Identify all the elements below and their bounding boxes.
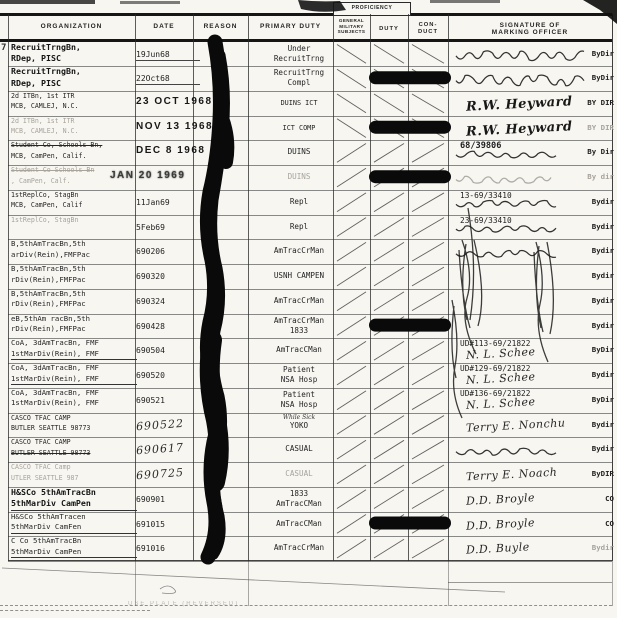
primary-duty-cell: RecruitTrngCompl bbox=[258, 68, 340, 88]
col-header-reason: REASON bbox=[193, 23, 248, 30]
primary-duty-line: AmTracCMan bbox=[258, 345, 340, 355]
organization-line: MCB, CAMLEJ, N.C. bbox=[11, 101, 137, 112]
primary-duty-cell: USNH CAMPEN bbox=[258, 271, 340, 281]
reference-number: 13-69/33410 bbox=[460, 191, 512, 200]
by-direction-label: Bydir bbox=[592, 444, 614, 453]
organization-line: 5thMarDiv CamPen bbox=[11, 547, 137, 559]
organization-line: RDep, PISC bbox=[11, 53, 137, 65]
signature-cell: 13-69/33410Bydir bbox=[458, 190, 617, 215]
date-cell: 691016 bbox=[136, 544, 200, 553]
col-header-general-military: GENERAL MILITARY SUBJECTS bbox=[333, 18, 370, 35]
primary-duty-cell: Repl bbox=[258, 222, 340, 232]
primary-duty-line: AmTracCMan bbox=[258, 499, 340, 509]
date-cell: 690725 bbox=[136, 465, 201, 482]
organization-line: B,5thAmTracBn,5th bbox=[11, 239, 137, 250]
table-row: 2d ITBn, 1st ITRMCB, CAMLEJ, N.C.23 OCT … bbox=[8, 91, 612, 117]
organization-line: B,5thAmTracBn,5th bbox=[11, 289, 137, 300]
organization-line: CoA, 3dAmTracBn, FMF bbox=[11, 363, 137, 374]
marking-officer-signature: D.D. Buyle bbox=[466, 541, 530, 557]
proficiency-box: PROFICIENCY bbox=[333, 2, 411, 16]
col-header-duty: DUTY bbox=[370, 26, 408, 33]
signature-cell: UD#136-69/21822N. L. ScheeByDir bbox=[458, 388, 617, 413]
table-top-border bbox=[0, 13, 612, 16]
organization-line: RDep, PISC bbox=[11, 78, 137, 90]
date-cell: 19Jun68 bbox=[136, 50, 200, 61]
marking-officer-signature: Terry E. Noach bbox=[466, 466, 558, 484]
signature-cell: 68/39806By Dir bbox=[458, 140, 617, 165]
primary-duty-line: Repl bbox=[258, 197, 340, 207]
organization-line: CoA, 3dAmTracBn, FMF bbox=[11, 338, 137, 349]
organization-line: CASCO TFAC Camp bbox=[11, 462, 137, 473]
date-cell: 690901 bbox=[136, 495, 200, 504]
primary-duty-cell: AmTracCMan bbox=[258, 345, 340, 355]
primary-duty-cell: AmTracCrMan bbox=[258, 543, 340, 553]
organization-cell: CASCO TFAC CAMPBUTLER SEATTLE 98773 bbox=[11, 437, 137, 458]
organization-line: CASCO TFAC CAMP bbox=[11, 413, 137, 424]
date-cell: 23 OCT 1968 bbox=[136, 96, 200, 108]
organization-line: 5thMarDiv CamPen bbox=[11, 498, 137, 511]
organization-line: rDiv(Rein),FMFPac bbox=[11, 275, 137, 286]
reference-number: 68/39806 bbox=[460, 141, 501, 151]
organization-line: 1stReplCo, StagBn bbox=[11, 190, 137, 201]
stray-line bbox=[2, 568, 505, 592]
signature-cell: R.W. HeywardBY DIR bbox=[458, 91, 617, 116]
date-cell: 11Jan69 bbox=[136, 198, 200, 207]
organization-line: MCB, CamPen, Calif bbox=[11, 200, 137, 211]
organization-line: CASCO TFAC CAMP bbox=[11, 437, 137, 448]
organization-cell: RecruitTrngBn,RDep, PISC bbox=[11, 42, 137, 65]
footer-plate-note: USE PLATE (REVERSED) bbox=[128, 601, 239, 607]
table-row: 1stReplCo, StagBnMCB, CamPen, Calif11Jan… bbox=[8, 190, 612, 216]
organization-line: 5thMarDiv CamFen bbox=[11, 522, 137, 534]
primary-duty-line: RecruitTrng bbox=[258, 68, 340, 78]
organization-line: 1stMarDiv(Rein), FMF bbox=[11, 349, 137, 361]
primary-duty-line: AmTracCrMan bbox=[258, 543, 340, 553]
by-direction-label: ByDir bbox=[592, 345, 614, 354]
signature-cell: Bydir bbox=[458, 437, 617, 462]
marking-officer-signature: N. L. Schee bbox=[466, 395, 536, 412]
table-row: H&SCo 5thAmTracen5thMarDiv CamFen691015A… bbox=[8, 512, 612, 538]
organization-line: BUTLER SEATTLE 98773 bbox=[11, 423, 137, 434]
signature-cell: 23-69/33410Bydir bbox=[458, 215, 617, 240]
primary-duty-cell: AmTracCrMan bbox=[258, 246, 340, 256]
date-cell: JAN 20 1969 bbox=[110, 170, 174, 182]
primary-duty-cell: DUINS ICT bbox=[258, 98, 340, 108]
primary-duty-line: Under bbox=[258, 44, 340, 54]
organization-cell: H&SCo 5thAmTracen5thMarDiv CamFen bbox=[11, 512, 137, 534]
primary-duty-line: CASUAL bbox=[258, 444, 340, 454]
by-direction-label: By Dir bbox=[587, 147, 614, 156]
primary-duty-line: USNH CAMPEN bbox=[258, 271, 340, 281]
organization-line: C Co 5thAmTracBn bbox=[11, 536, 137, 547]
signature-cell: ByDir bbox=[458, 42, 617, 67]
table-row: eB,5thAm racBn,5thrDiv(Rein),FMFPac69042… bbox=[8, 314, 612, 340]
table-row: CoA, 3dAmTracBn, FMF1stMarDiv(Rein), FMF… bbox=[8, 388, 612, 414]
primary-duty-line: YOKO bbox=[258, 421, 340, 431]
date-cell: NOV 13 1968 bbox=[136, 120, 200, 132]
marking-officer-signature: Terry E. Nonchu bbox=[466, 416, 566, 434]
primary-duty-cell: AmTracCMan bbox=[258, 519, 340, 529]
marking-officer-signature: R.W. Heyward bbox=[466, 119, 573, 140]
primary-duty-cell: Repl bbox=[258, 197, 340, 207]
date-cell: 690320 bbox=[136, 272, 200, 281]
table-row: RecruitTrngBn,RDep, PISC19Jun68UnderRecr… bbox=[8, 42, 612, 68]
by-direction-label: Bydir bbox=[592, 197, 614, 206]
by-direction-label: Bydir bbox=[592, 246, 614, 255]
primary-duty-cell: PatientNSA Hosp bbox=[258, 365, 340, 385]
table-row: CoA, 3dAmTracBn, FMF1stMarDiv(Rein), FMF… bbox=[8, 363, 612, 389]
primary-duty-line: Compl bbox=[258, 78, 340, 88]
primary-duty-cell: DUINS bbox=[258, 172, 340, 182]
date-cell: 690504 bbox=[136, 346, 200, 355]
date-cell: 690522 bbox=[136, 415, 201, 432]
primary-duty-line: AmTracCrMan bbox=[258, 296, 340, 306]
table-row: RecruitTrngBn,RDep, PISC22Oct68RecruitTr… bbox=[8, 66, 612, 92]
organization-line: 2d ITBn, 1st ITR bbox=[11, 116, 137, 127]
date-cell: 690324 bbox=[136, 297, 200, 306]
signature-cell: Bydir bbox=[458, 289, 617, 314]
primary-duty-line: CASUAL bbox=[258, 469, 340, 479]
primary-duty-line: 1833 bbox=[258, 326, 340, 336]
by-direction-label: CO bbox=[605, 494, 614, 503]
table-row: 1stReplCo, StagBn5Feb69Repl23-69/33410By… bbox=[8, 215, 612, 241]
by-direction-label: Bydir bbox=[592, 222, 614, 231]
page-edge-mark: 7 bbox=[1, 43, 6, 53]
table-row: B,5thAmTracBn,5tharDiv(Rein),FMFPac69020… bbox=[8, 239, 612, 265]
organization-line: 1stMarDiv(Rein), FMF bbox=[11, 398, 137, 409]
by-direction-label: Bydir bbox=[592, 370, 614, 379]
footer-dashed-line bbox=[0, 610, 150, 611]
blank-row-line bbox=[448, 582, 612, 583]
organization-line: Student Co, Schools Bn, bbox=[11, 140, 137, 151]
organization-cell: 2d ITBn, 1st ITRMCB, CAMLEJ, N.C. bbox=[11, 116, 137, 137]
organization-line: 1stReplCo, StagBn bbox=[11, 215, 137, 226]
primary-duty-line: 1833 bbox=[258, 489, 340, 499]
by-direction-label: Bydir bbox=[592, 271, 614, 280]
organization-cell: B,5thAmTracBn,5tharDiv(Rein),FMFPac bbox=[11, 239, 137, 260]
date-cell: 690617 bbox=[136, 440, 201, 457]
date-cell: 691015 bbox=[136, 520, 200, 529]
organization-cell: Student Co, Schools Bn,MCB, CamPen, Cali… bbox=[11, 140, 137, 161]
signature-cell: Bydir bbox=[458, 239, 617, 264]
by-direction-label: ByDir bbox=[592, 49, 614, 58]
organization-line: eB,5thAm racBn,5th bbox=[11, 314, 137, 325]
primary-duty-cell: CASUAL bbox=[258, 469, 340, 479]
table-row: Student Co, Schools Bn,MCB, CamPen, Cali… bbox=[8, 140, 612, 166]
col-line-ext bbox=[135, 561, 136, 606]
signature-cell: Bydir bbox=[458, 264, 617, 289]
marking-officer-signature: D.D. Broyle bbox=[466, 516, 536, 533]
signature-cell: By dir bbox=[458, 165, 617, 190]
organization-cell: B,5thAmTracBn,5thrDiv(Rein),FMFPac bbox=[11, 264, 137, 285]
primary-duty-line: Patient bbox=[258, 390, 340, 400]
organization-line: UTLER SEATTLE 987 bbox=[11, 473, 137, 484]
marking-officer-signature: D.D. Broyle bbox=[466, 491, 536, 508]
col-line-ext bbox=[448, 561, 449, 606]
by-direction-label: By dir bbox=[587, 172, 614, 181]
organization-line: BUTLER SEATTLE 98773 bbox=[11, 448, 137, 459]
by-direction-label: ByDIR bbox=[592, 469, 614, 478]
organization-line: H&SCo 5thAmTracen bbox=[11, 512, 137, 523]
organization-line: rDiv(Rein),FMFPac bbox=[11, 324, 137, 335]
primary-duty-line: AmTracCMan bbox=[258, 519, 340, 529]
table-row: CASCO TFAC CAMPBUTLER SEATTLE 9877369061… bbox=[8, 437, 612, 463]
organization-line: B,5thAmTracBn,5th bbox=[11, 264, 137, 275]
primary-duty-line: Patient bbox=[258, 365, 340, 375]
table-row: 2d ITBn, 1st ITRMCB, CAMLEJ, N.C.NOV 13 … bbox=[8, 116, 612, 142]
scanned-service-record-page: ORGANIZATION DATE REASON PRIMARY DUTY PR… bbox=[0, 0, 617, 618]
organization-line: 1stMarDiv(Rein), FMF bbox=[11, 374, 137, 386]
by-direction-label: ByDir bbox=[592, 73, 614, 82]
primary-duty-line: Repl bbox=[258, 222, 340, 232]
stray-loop bbox=[160, 586, 176, 594]
by-direction-label: Bydir bbox=[592, 543, 614, 552]
primary-duty-cell: AmTracCrMan bbox=[258, 296, 340, 306]
organization-line: rDiv(Rein),FMFPac bbox=[11, 299, 137, 310]
signature-cell: Bydir bbox=[458, 314, 617, 339]
organization-cell: CASCO TFAC CampUTLER SEATTLE 987 bbox=[11, 462, 137, 483]
primary-duty-line: NSA Hosp bbox=[258, 375, 340, 385]
signature-cell: Terry E. NonchuBydir bbox=[458, 413, 617, 438]
date-cell: 690428 bbox=[136, 322, 200, 331]
organization-cell: B,5thAmTracBn,5thrDiv(Rein),FMFPac bbox=[11, 289, 137, 310]
organization-line: MCB, CAMLEJ, N.C. bbox=[11, 126, 137, 137]
signature-cell: UD#113-69/21822N. L. ScheeByDir bbox=[458, 338, 617, 363]
organization-line: H&SCo 5thAmTracBn bbox=[11, 487, 137, 499]
by-direction-label: ByDir bbox=[592, 395, 614, 404]
primary-duty-cell: AmTracCrMan1833 bbox=[258, 316, 340, 336]
marking-officer-signature: N. L. Schee bbox=[466, 370, 536, 387]
organization-line: MCB, CamPen, Calif. bbox=[11, 151, 137, 162]
organization-cell: CoA, 3dAmTracBn, FMF1stMarDiv(Rein), FMF bbox=[11, 338, 137, 360]
scan-artifacts bbox=[0, 0, 617, 24]
date-cell: 5Feb69 bbox=[136, 223, 200, 232]
by-direction-label: Bydir bbox=[592, 296, 614, 305]
marking-officer-signature: R.W. Heyward bbox=[466, 94, 573, 115]
primary-duty-cell: CASUAL bbox=[258, 444, 340, 454]
organization-cell: C Co 5thAmTracBn5thMarDiv CamPen bbox=[11, 536, 137, 558]
organization-cell: eB,5thAm racBn,5thrDiv(Rein),FMFPac bbox=[11, 314, 137, 335]
primary-duty-cell: PatientNSA Hosp bbox=[258, 390, 340, 410]
date-cell: 690521 bbox=[136, 396, 200, 405]
signature-cell: ByDir bbox=[458, 66, 617, 91]
primary-duty-cell: UnderRecruitTrng bbox=[258, 44, 340, 64]
signature-cell: D.D. BroyleCO bbox=[458, 487, 617, 512]
table-row: C Co 5thAmTracBn5thMarDiv CamPen691016Am… bbox=[8, 536, 612, 562]
date-cell: 690520 bbox=[136, 371, 200, 380]
col-line-ext bbox=[612, 561, 613, 606]
signature-cell: Terry E. NoachByDIR bbox=[458, 462, 617, 487]
organization-cell: CoA, 3dAmTracBn, FMF1stMarDiv(Rein), FMF bbox=[11, 388, 137, 409]
organization-cell: H&SCo 5thAmTracBn5thMarDiv CamPen bbox=[11, 487, 137, 511]
col-header-conduct: CON- DUCT bbox=[408, 22, 448, 35]
by-direction-label: CO bbox=[605, 519, 614, 528]
primary-duty-line: AmTracCrMan bbox=[258, 316, 340, 326]
date-cell: 22Oct68 bbox=[136, 74, 200, 85]
organization-cell: CoA, 3dAmTracBn, FMF1stMarDiv(Rein), FMF bbox=[11, 363, 137, 385]
table-row: CASCO TFAC CampUTLER SEATTLE 987690725CA… bbox=[8, 462, 612, 488]
col-line-ext bbox=[248, 561, 249, 606]
marking-officer-signature: N. L. Schee bbox=[466, 346, 536, 363]
table-row: B,5thAmTracBn,5thrDiv(Rein),FMFPac690324… bbox=[8, 289, 612, 315]
date-cell: 690206 bbox=[136, 247, 200, 256]
primary-duty-line: DUINS ICT bbox=[258, 98, 340, 108]
primary-duty-line: NSA Hosp bbox=[258, 400, 340, 410]
primary-duty-line: RecruitTrng bbox=[258, 54, 340, 64]
col-header-organization: ORGANIZATION bbox=[8, 23, 135, 30]
primary-duty-line: DUINS bbox=[258, 147, 340, 157]
organization-cell: 1stReplCo, StagBn bbox=[11, 215, 137, 226]
primary-duty-line: AmTracCrMan bbox=[258, 246, 340, 256]
by-direction-label: BY DIR bbox=[587, 98, 614, 107]
organization-line: RecruitTrngBn, bbox=[11, 66, 137, 78]
signature-cell: D.D. BroyleCO bbox=[458, 512, 617, 537]
organization-cell: RecruitTrngBn,RDep, PISC bbox=[11, 66, 137, 89]
organization-cell: 1stReplCo, StagBnMCB, CamPen, Calif bbox=[11, 190, 137, 211]
footer-dashed-line bbox=[0, 605, 612, 606]
col-header-proficiency: PROFICIENCY bbox=[334, 6, 410, 12]
primary-duty-cell: DUINS bbox=[258, 147, 340, 157]
table-row: CASCO TFAC CAMPBUTLER SEATTLE 9877369052… bbox=[8, 413, 612, 439]
table-row: H&SCo 5thAmTracBn5thMarDiv CamPen6909011… bbox=[8, 487, 612, 513]
col-header-date: DATE bbox=[135, 23, 193, 30]
col-header-primary-duty: PRIMARY DUTY bbox=[248, 23, 333, 30]
signature-cell: D.D. BuyleBydir bbox=[458, 536, 617, 561]
date-cell: DEC 8 1968 bbox=[136, 145, 200, 157]
primary-duty-cell: 1833AmTracCMan bbox=[258, 489, 340, 509]
reference-number: 23-69/33410 bbox=[460, 216, 512, 225]
signature-cell: R.W. HeywardBY DIR bbox=[458, 116, 617, 141]
primary-duty-line: ICT COMP bbox=[258, 123, 340, 133]
primary-duty-cell: ICT COMP bbox=[258, 123, 340, 133]
table-row: CoA, 3dAmTracBn, FMF1stMarDiv(Rein), FMF… bbox=[8, 338, 612, 364]
organization-cell: 2d ITBn, 1st ITRMCB, CAMLEJ, N.C. bbox=[11, 91, 137, 112]
organization-line: 2d ITBn, 1st ITR bbox=[11, 91, 137, 102]
signature-cell: UD#129-69/21822N. L. ScheeBydir bbox=[458, 363, 617, 388]
primary-duty-line: DUINS bbox=[258, 172, 340, 182]
table-row: B,5thAmTracBn,5thrDiv(Rein),FMFPac690320… bbox=[8, 264, 612, 290]
organization-line: arDiv(Rein),FMFPac bbox=[11, 250, 137, 261]
organization-line: CoA, 3dAmTracBn, FMF bbox=[11, 388, 137, 399]
col-header-signature: SIGNATURE OF MARKING OFFICER bbox=[448, 22, 612, 37]
by-direction-label: Bydir bbox=[592, 420, 614, 429]
organization-cell: CASCO TFAC CAMPBUTLER SEATTLE 98773 bbox=[11, 413, 137, 434]
by-direction-label: Bydir bbox=[592, 321, 614, 330]
organization-line: RecruitTrngBn, bbox=[11, 42, 137, 54]
primary-duty-cell: While SickYOKO bbox=[258, 415, 340, 431]
by-direction-label: BY DIR bbox=[587, 123, 614, 132]
table-row: Student Co Schools Bn, CamPen, Calf.JAN … bbox=[8, 165, 612, 191]
